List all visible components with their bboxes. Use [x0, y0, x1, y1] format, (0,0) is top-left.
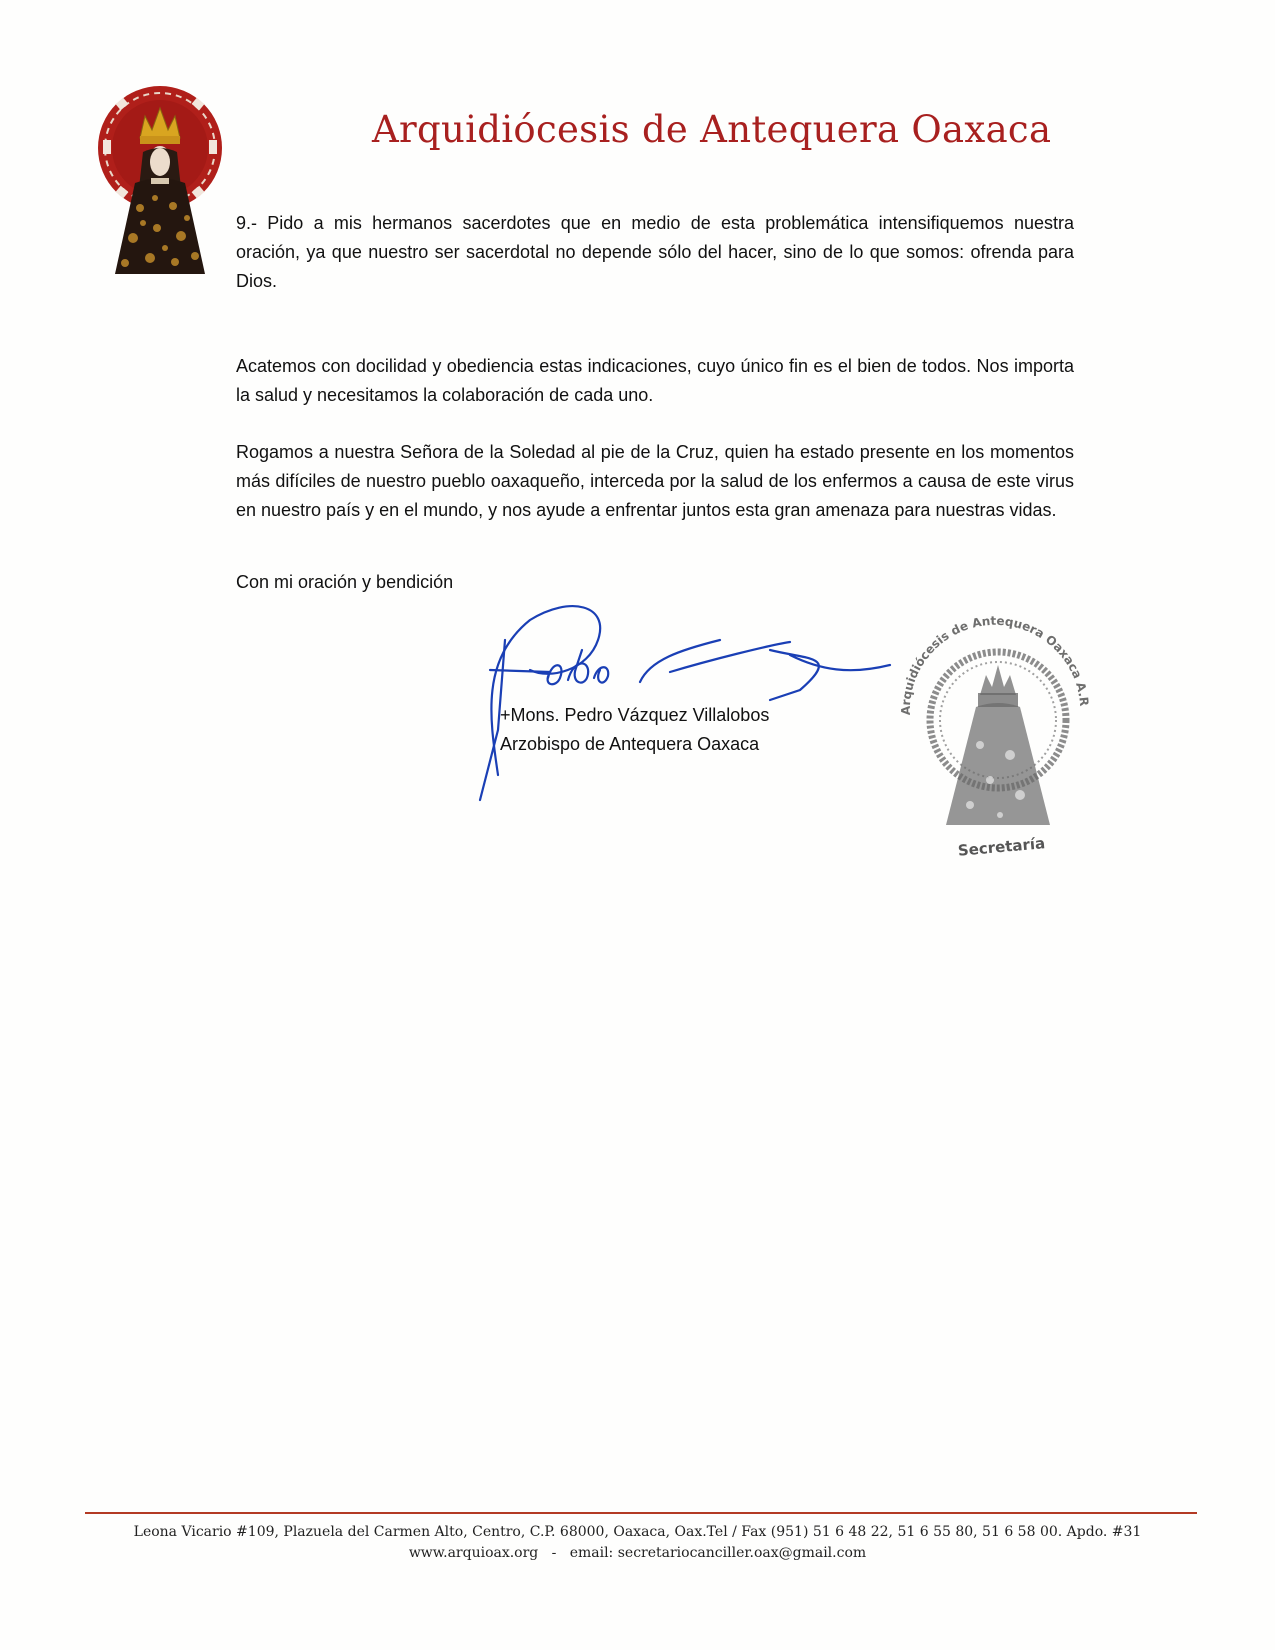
paragraph-obedience: Acatemos con docilidad y obediencia esta… [236, 352, 1074, 410]
footer-contact: www.arquioax.org - email: secretariocanc… [0, 1545, 1275, 1561]
paragraph-intercession: Rogamos a nuestra Señora de la Soledad a… [236, 438, 1074, 525]
footer-divider [85, 1512, 1197, 1514]
paragraph-prayer-request: 9.- Pido a mis hermanos sacerdotes que e… [236, 209, 1074, 296]
seal-bottom-text: Secretaría [957, 834, 1046, 860]
virgin-of-solitude-halo-icon [95, 78, 225, 274]
closing-line: Con mi oración y bendición [236, 568, 1074, 597]
signatory-name: +Mons. Pedro Vázquez Villalobos [500, 705, 769, 726]
signatory-title: Arzobispo de Antequera Oaxaca [500, 734, 759, 755]
footer-address: Leona Vicario #109, Plazuela del Carmen … [0, 1524, 1275, 1540]
letter-page: Arquidiócesis de Antequera Oaxaca 9.- Pi… [0, 0, 1275, 1650]
page-title: Arquidiócesis de Antequera Oaxaca [372, 108, 1072, 151]
